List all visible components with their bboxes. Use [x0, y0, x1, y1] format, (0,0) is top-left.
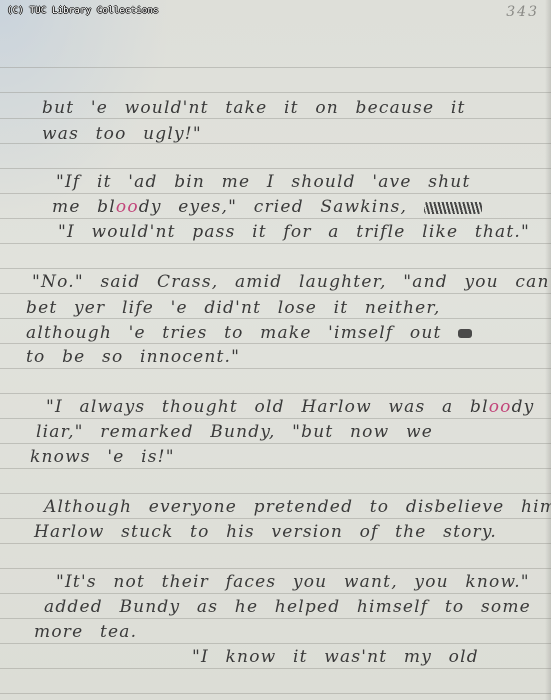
manuscript-page: (C) TUC Library Collections 343 but 'e w… [0, 0, 551, 700]
ruled-line [0, 168, 551, 169]
manuscript-line: "I would'nt pass it for a trifle like th… [58, 222, 530, 242]
ruled-line [0, 618, 551, 619]
crossed-out-text [458, 329, 472, 338]
manuscript-line: liar," remarked Bundy, "but now we [36, 422, 433, 442]
crossed-out-text [424, 202, 482, 214]
ruled-line [0, 92, 551, 93]
manuscript-line: was too ugly!" [42, 124, 202, 144]
manuscript-line: "It's not their faces you want, you know… [56, 572, 530, 592]
ruled-line [0, 568, 551, 569]
manuscript-line: knows 'e is!" [30, 447, 175, 467]
ruled-line [0, 218, 551, 219]
manuscript-line: "If it 'ad bin me I should 'ave shut [56, 172, 470, 192]
ruled-line [0, 293, 551, 294]
ruled-line [0, 118, 551, 119]
manuscript-line: bet yer life 'e did'nt lose it neither, [26, 298, 440, 318]
manuscript-line: but 'e would'nt take it on because it [42, 98, 466, 118]
ruled-line [0, 318, 551, 319]
ruled-line [0, 193, 551, 194]
ruled-line [0, 543, 551, 544]
correction-mark: oo [116, 197, 139, 217]
page-number: 343 [506, 4, 539, 20]
ruled-line [0, 268, 551, 269]
ruled-line [0, 418, 551, 419]
ruled-line [0, 518, 551, 519]
manuscript-line: added Bundy as he helped himself to some [44, 597, 531, 617]
ruled-line [0, 668, 551, 669]
ruled-line [0, 643, 551, 644]
ruled-line [0, 443, 551, 444]
manuscript-line: me bloody eyes," cried Sawkins, [52, 197, 482, 217]
manuscript-line: Although everyone pretended to disbeliev… [44, 497, 551, 517]
manuscript-line: Harlow stuck to his version of the story… [34, 522, 497, 542]
copyright-watermark: (C) TUC Library Collections [7, 6, 159, 16]
manuscript-line: "I know it was'nt my old [192, 647, 479, 667]
ruled-line [0, 393, 551, 394]
correction-mark: oo [489, 397, 512, 417]
page-edge-shadow [545, 0, 551, 700]
ruled-line [0, 468, 551, 469]
ruled-line [0, 493, 551, 494]
manuscript-line: "I always thought old Harlow was a blood… [46, 397, 534, 417]
manuscript-line: although 'e tries to make 'imself out [26, 323, 472, 343]
ruled-line [0, 67, 551, 68]
manuscript-line: "No." said Crass, amid laughter, "and yo… [32, 272, 550, 292]
ruled-line [0, 243, 551, 244]
ruled-line [0, 368, 551, 369]
manuscript-line: more tea. [34, 622, 137, 642]
manuscript-line: to be so innocent." [26, 347, 240, 367]
ruled-line [0, 693, 551, 694]
ruled-line [0, 343, 551, 344]
ruled-line [0, 593, 551, 594]
